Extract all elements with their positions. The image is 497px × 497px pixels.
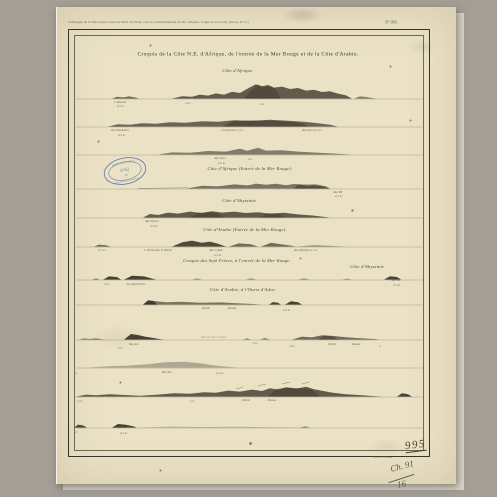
- section-heading-cote-abyssinie-right: Côte d'Abyssinie.: [350, 265, 386, 270]
- profile-label: Djebel: [242, 399, 250, 402]
- profile-label: 2 m.: [185, 102, 190, 105]
- section-heading-cote-afrique: Côte d'Afrique.: [222, 69, 253, 74]
- profile-label: à 5 m.: [335, 195, 342, 198]
- profile-label: à 2 m.: [216, 372, 223, 375]
- section-heading-ouest-aden: Côte d'Arabie, à l'Ouest d'Aden.: [210, 288, 276, 293]
- sheet-number: N° 995.: [385, 21, 398, 25]
- profile-label: Ras Syan: [214, 157, 225, 160]
- profile-label: 2 m.: [289, 345, 294, 348]
- section-heading-arabie-entree: Côte d'Arabie (Entrée de la Mer Rouge).: [203, 228, 286, 233]
- profile-label: Kharaz: [352, 343, 361, 346]
- manuscript-number: 995: [404, 438, 426, 453]
- chart-title: Croquis de la Côte N.E. d'Afrique, de l'…: [137, 52, 358, 58]
- profile-label: I. Périm dans le détroit: [144, 249, 172, 252]
- profile-label: Djebel: [202, 307, 210, 310]
- profile-label: Ras Ara: [162, 371, 172, 374]
- profile-label: Kharaz: [228, 307, 237, 310]
- scanned-chart-scene: Campagne de la Prévoyante dans les Mers …: [0, 0, 497, 497]
- library-stamp: DÉPÔT DES CARTES 6762 16 ET PLANS DE LA …: [102, 156, 148, 186]
- profile-label: Djebel: [328, 343, 336, 346]
- profile-label: 1 m.: [259, 103, 264, 106]
- section-heading-sept-freres: Croquis des Sept Frères, à l'entrée de l…: [183, 259, 291, 264]
- profile-label: Ras Bir: [391, 279, 400, 282]
- section-heading-afrique-entree: Côte d'Afrique (Entrée de la Mer Rouge).: [208, 167, 293, 172]
- profile-label: à 3 m.: [118, 134, 125, 137]
- profile-label: Baie de Khor Omeira: [201, 336, 227, 339]
- stamp-number: 6762: [120, 166, 131, 173]
- profile-label: Ras Doura: [145, 220, 158, 223]
- profile-label: Ras Ara: [129, 343, 139, 346]
- profile-label: 1 m.: [252, 342, 257, 345]
- profile-label: 1 m.: [189, 400, 194, 403]
- coastal-profiles-graphic: [0, 0, 497, 497]
- profile-label: I. Moucha: [114, 101, 126, 104]
- manuscript-fraction: Ch. 91 16: [384, 461, 429, 493]
- profile-label: 2: [75, 372, 77, 375]
- profile-label: à 5 m.: [393, 284, 400, 287]
- profile-label: 2: [379, 345, 381, 348]
- profile-label: 2: [75, 431, 77, 434]
- profile-label: Ras Bir: [333, 191, 342, 194]
- profile-label: à 2 m.: [283, 309, 290, 312]
- profile-label: à 2 m.: [214, 254, 221, 257]
- profile-label: 2 m.: [104, 283, 109, 286]
- profile-label: 2 m.: [117, 347, 122, 350]
- profile-label: à 2 m.: [120, 432, 127, 435]
- profile-label: Ras el Bab: [210, 249, 223, 252]
- stamp-sub-number: 16: [124, 173, 129, 178]
- profile-label: Ras Doumeira: [111, 129, 128, 132]
- profile-label: I. Doumeira à 1 m.: [221, 129, 244, 132]
- profile-label: Ras Syan à 2 m.: [302, 129, 321, 132]
- profile-label: 1 m.: [247, 158, 252, 161]
- engraver-imprint: Pett. Fa France.: [374, 456, 393, 459]
- profile-label: Kharaz: [268, 399, 277, 402]
- profile-label: à 2 m.: [150, 225, 157, 228]
- profile-label: à 2 m.: [117, 105, 124, 108]
- section-heading-abyssinie: Côte d'Abyssinie.: [222, 199, 258, 204]
- profile-label: Les Sept Frères: [127, 283, 146, 286]
- profile-label: à 2 m.: [218, 162, 225, 165]
- campaign-note: Campagne de la Prévoyante dans les Mers …: [68, 21, 249, 24]
- profile-label: à 2 m.: [98, 249, 105, 252]
- manuscript-fraction-top: Ch. 91: [389, 458, 415, 474]
- profile-label: 2 m.: [77, 400, 82, 403]
- manuscript-fraction-bottom: 16: [396, 478, 407, 489]
- profile-label: Ras Mandeb à 1 m.: [294, 249, 317, 252]
